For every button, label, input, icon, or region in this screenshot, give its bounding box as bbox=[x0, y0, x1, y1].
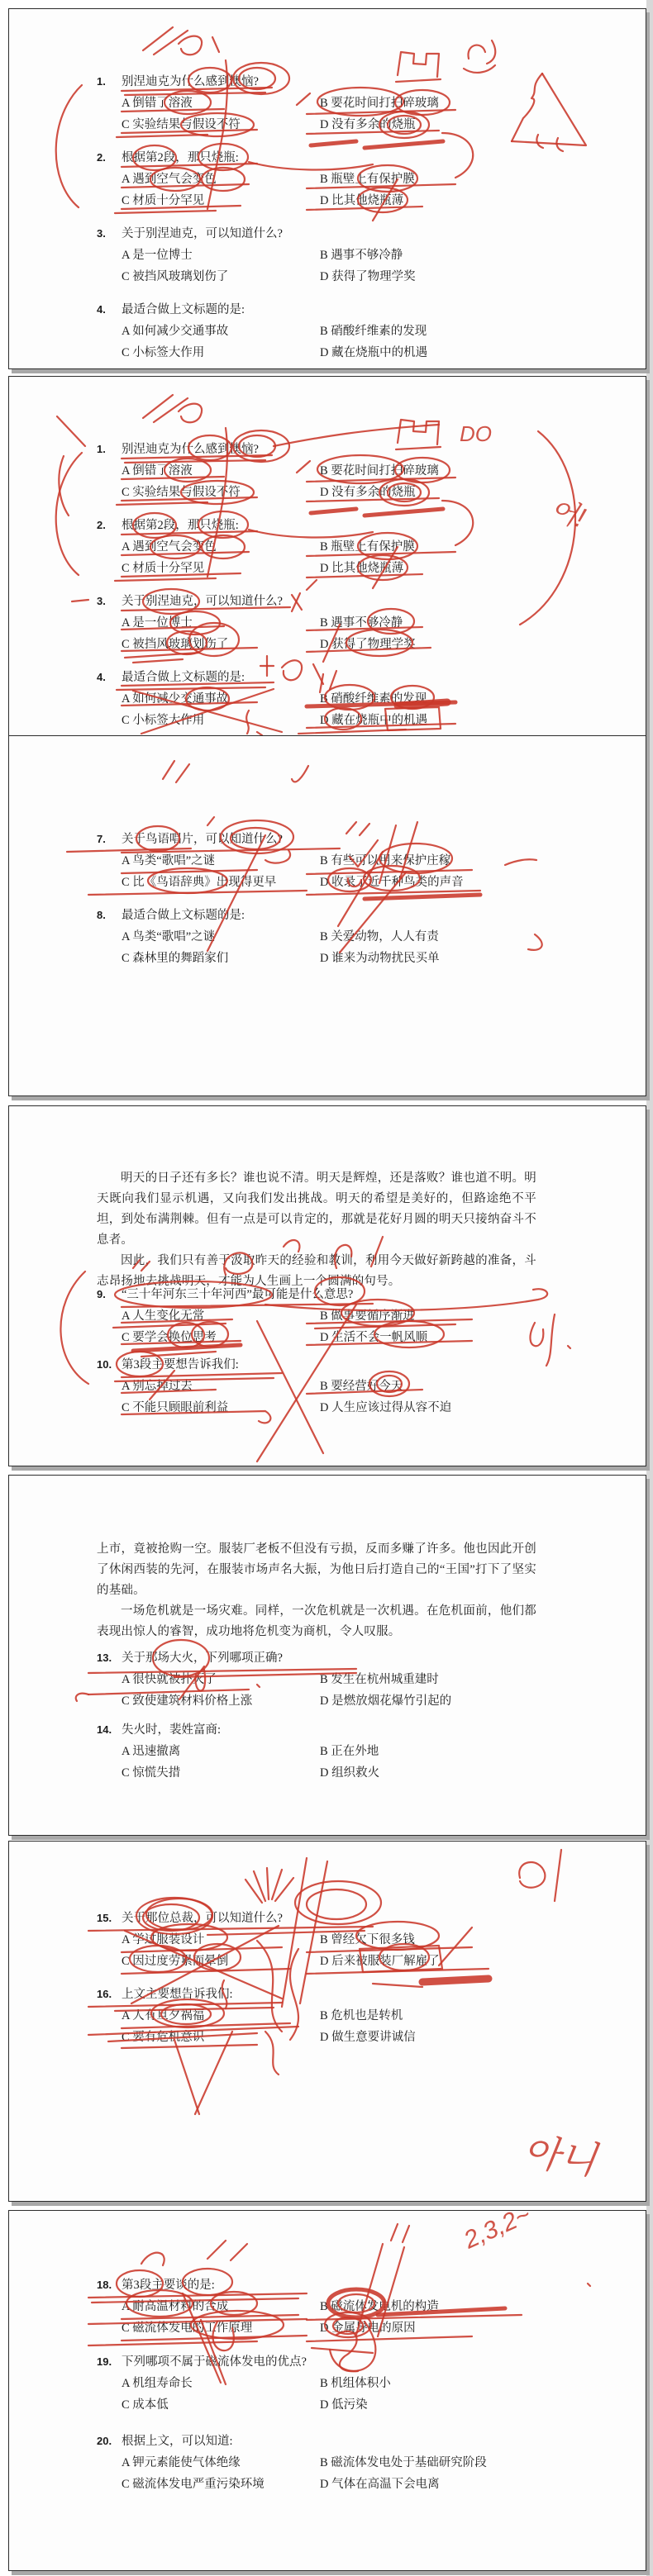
option-d: D 比其他烧瓶薄 bbox=[320, 558, 621, 579]
passage-paragraph: 上市，竟被抢购一空。服装厂老板不但没有亏损，反而多赚了许多。他也因此开创了休闲西… bbox=[97, 1539, 536, 1601]
question-13: 13.关于那场大火，下列哪项正确? A 很快就被扑灭了 B 发生在杭州城重建时 … bbox=[97, 1647, 621, 1712]
option-d: D 没有多余的烧瓶 bbox=[320, 482, 621, 503]
question-1: 1.别涅迪克为什么感到懊恼? A 倒错了溶液 B 要花时间打扫碎玻璃 C 实验结… bbox=[97, 439, 621, 503]
option-c: C 不能只顾眼前利益 bbox=[122, 1397, 320, 1419]
question-text: 最适合做上文标题的是: bbox=[122, 303, 245, 316]
screenshot-right-edge bbox=[646, 0, 653, 2576]
option-a: A 学过服装设计 bbox=[122, 1929, 320, 1951]
option-b: B 瓶壁上有保护膜 bbox=[320, 536, 621, 558]
option-c: C 实验结果与假设不符 bbox=[122, 114, 320, 135]
passage-paragraph: 一场危机就是一场灾难。同样，一次危机就是一次机遇。在危机面前，他们都表现出惊人的… bbox=[97, 1601, 536, 1642]
option-a: A 迅速撤离 bbox=[122, 1741, 320, 1762]
option-c: C 要学会换位思考 bbox=[122, 1327, 320, 1348]
option-c: C 材质十分罕见 bbox=[122, 190, 320, 211]
option-a: A 钾元素能使气体绝缘 bbox=[122, 2452, 320, 2474]
option-c: C 成本低 bbox=[122, 2394, 320, 2416]
exam-page-2: 1.别涅迪克为什么感到懊恼? A 倒错了溶液 B 要花时间打扫碎玻璃 C 实验结… bbox=[8, 376, 646, 737]
question-3: 3.关于别涅迪克，可以知道什么? A 是一位博士 B 遇事不够冷静 C 被挡风玻… bbox=[97, 223, 621, 288]
option-d: D 是燃放烟花爆竹引起的 bbox=[320, 1690, 621, 1712]
question-4: 4.最适合做上文标题的是: A 如何减少交通事故 B 硝酸纤维素的发现 C 小标… bbox=[97, 299, 621, 364]
exam-page-5: 上市，竟被抢购一空。服装厂老板不但没有亏损，反而多赚了许多。他也因此开创了休闲西… bbox=[8, 1475, 646, 1836]
question-text: 最适合做上文标题的是: bbox=[122, 909, 245, 922]
question-4: 4.最适合做上文标题的是: A 如何减少交通事故 B 硝酸纤维素的发现 C 小标… bbox=[97, 667, 621, 731]
question-number: 4. bbox=[97, 667, 122, 687]
option-c: C 小标签大作用 bbox=[122, 342, 320, 364]
question-19: 19.下列哪项不属于磁流体发电的优点? A 机组寿命长 B 机组体积小 C 成本… bbox=[97, 2351, 621, 2416]
question-1: 1.别涅迪克为什么感到懊恼? A 倒错了溶液 B 要花时间打扫碎玻璃 C 实验结… bbox=[97, 71, 621, 135]
option-c: C 材质十分罕见 bbox=[122, 558, 320, 579]
option-a: A 倒错了溶液 bbox=[122, 93, 320, 114]
question-2: 2.根据第2段，那只烧瓶: A 遇到空气会变色 B 瓶壁上有保护膜 C 材质十分… bbox=[97, 515, 621, 579]
question-text: 根据第2段，那只烧瓶: bbox=[122, 519, 239, 532]
option-b: B 硝酸纤维素的发现 bbox=[320, 688, 621, 710]
option-d: D 气体在高温下会电离 bbox=[320, 2474, 621, 2495]
option-a: A 鸟类“歌唱”之谜 bbox=[122, 850, 320, 872]
question-text: 根据上文，可以知道: bbox=[122, 2435, 233, 2448]
question-text: 关于鸟语唱片，可以知道什么? bbox=[122, 833, 283, 846]
question-text: “三十年河东三十年河西”最可能是什么意思? bbox=[122, 1288, 353, 1301]
option-c: C 实验结果与假设不符 bbox=[122, 482, 320, 503]
svg-text:2,3,2~: 2,3,2~ bbox=[460, 2211, 535, 2255]
option-c: C 森林里的舞蹈家们 bbox=[122, 948, 320, 969]
option-c: C 磁流体发电严重污染环境 bbox=[122, 2474, 320, 2495]
exam-page-6: 15.关于那位总裁，可以知道什么? A 学过服装设计 B 曾经欠下很多钱 C 因… bbox=[8, 1841, 646, 2202]
option-c: C 要有危机意识 bbox=[122, 2027, 320, 2048]
question-10: 10.第3段主要想告诉我们: A 别忘掉过去 B 要经营好今天 C 不能只顾眼前… bbox=[97, 1354, 621, 1419]
reading-passage: 上市，竟被抢购一空。服装厂老板不但没有亏损，反而多赚了许多。他也因此开创了休闲西… bbox=[97, 1539, 536, 1642]
question-number: 2. bbox=[97, 515, 122, 535]
question-text: 第3段主要想告诉我们: bbox=[122, 1358, 239, 1371]
question-text: 最适合做上文标题的是: bbox=[122, 671, 245, 684]
option-b: B 正在外地 bbox=[320, 1741, 621, 1762]
option-d: D 藏在烧瓶中的机遇 bbox=[320, 710, 621, 731]
option-d: D 金属导电的原因 bbox=[320, 2317, 621, 2339]
option-a: A 鸟类“歌唱”之谜 bbox=[122, 926, 320, 948]
question-8: 8.最适合做上文标题的是: A 鸟类“歌唱”之谜 B 关爱动物，人人有责 C 森… bbox=[97, 905, 621, 969]
reading-passage: 明天的日子还有多长？谁也说不清。明天是辉煌，还是落败？谁也道不明。明天既向我们显… bbox=[97, 1168, 536, 1292]
exam-page-7: 18.第3段主要谈的是: A 耐高温材料的合成 B 磁流体发电机的构造 C 磁流… bbox=[8, 2210, 646, 2571]
option-a: A 遇到空气会变色 bbox=[122, 169, 320, 190]
question-text: 下列哪项不属于磁流体发电的优点? bbox=[122, 2355, 307, 2369]
question-text: 关于别涅迪克，可以知道什么? bbox=[122, 227, 283, 240]
option-c: C 比《鸟语辞典》出现得更早 bbox=[122, 872, 320, 893]
question-18: 18.第3段主要谈的是: A 耐高温材料的合成 B 磁流体发电机的构造 C 磁流… bbox=[97, 2274, 621, 2339]
question-number: 19. bbox=[97, 2351, 122, 2372]
question-text: 失火时，裴姓富商: bbox=[122, 1723, 221, 1737]
question-text: 上文主要想告诉我们: bbox=[122, 1988, 233, 2001]
exam-page-4: 明天的日子还有多长？谁也说不清。明天是辉煌，还是落败？谁也道不明。明天既向我们显… bbox=[8, 1105, 646, 1466]
option-a: A 如何减少交通事故 bbox=[122, 321, 320, 342]
option-b: B 曾经欠下很多钱 bbox=[320, 1929, 621, 1951]
question-number: 13. bbox=[97, 1647, 122, 1668]
question-number: 18. bbox=[97, 2274, 122, 2295]
question-number: 15. bbox=[97, 1908, 122, 1928]
question-number: 9. bbox=[97, 1284, 122, 1305]
option-c: C 磁流体发电的工作原理 bbox=[122, 2317, 320, 2339]
question-number: 14. bbox=[97, 1719, 122, 1740]
option-b: B 磁流体发电机的构造 bbox=[320, 2296, 621, 2317]
question-number: 2. bbox=[97, 147, 122, 168]
question-text: 关于别涅迪克，可以知道什么? bbox=[122, 595, 283, 608]
option-c: C 被挡风玻璃划伤了 bbox=[122, 634, 320, 655]
option-b: B 硝酸纤维素的发现 bbox=[320, 321, 621, 342]
question-3: 3.关于别涅迪克，可以知道什么? A 是一位博士 B 遇事不够冷静 C 被挡风玻… bbox=[97, 591, 621, 655]
question-text: 别涅迪克为什么感到懊恼? bbox=[122, 443, 259, 456]
option-c: C 致使建筑材料价格上涨 bbox=[122, 1690, 320, 1712]
option-b: B 发生在杭州城重建时 bbox=[320, 1669, 621, 1690]
question-number: 1. bbox=[97, 439, 122, 459]
question-14: 14.失火时，裴姓富商: A 迅速撤离 B 正在外地 C 惊慌失措 D 组织救火 bbox=[97, 1719, 621, 1784]
question-9: 9.“三十年河东三十年河西”最可能是什么意思? A 人生变化无常 B 做事要循序… bbox=[97, 1284, 621, 1348]
option-a: A 倒错了溶液 bbox=[122, 460, 320, 482]
option-b: B 要花时间打扫碎玻璃 bbox=[320, 460, 621, 482]
option-b: B 要花时间打扫碎玻璃 bbox=[320, 93, 621, 114]
option-b: B 要经营好今天 bbox=[320, 1376, 621, 1397]
option-d: D 比其他烧瓶薄 bbox=[320, 190, 621, 211]
option-d: D 组织救火 bbox=[320, 1762, 621, 1784]
option-d: D 做生意要讲诚信 bbox=[320, 2027, 621, 2048]
question-7: 7.关于鸟语唱片，可以知道什么? A 鸟类“歌唱”之谜 B 有些可以用来保护庄稼… bbox=[97, 829, 621, 893]
option-d: D 收录了近千种鸟类的声音 bbox=[320, 872, 621, 893]
question-2: 2.根据第2段，那只烧瓶: A 遇到空气会变色 B 瓶壁上有保护膜 C 材质十分… bbox=[97, 147, 621, 211]
option-b: B 遇事不够冷静 bbox=[320, 245, 621, 266]
option-a: A 别忘掉过去 bbox=[122, 1376, 320, 1397]
option-d: D 获得了物理学奖 bbox=[320, 634, 621, 655]
question-number: 7. bbox=[97, 829, 122, 849]
question-number: 4. bbox=[97, 299, 122, 320]
option-b: B 遇事不够冷静 bbox=[320, 612, 621, 634]
question-number: 16. bbox=[97, 1984, 122, 2004]
question-16: 16.上文主要想告诉我们: A 人有旦夕祸福 B 危机也是转机 C 要有危机意识… bbox=[97, 1984, 621, 2048]
option-d: D 低污染 bbox=[320, 2394, 621, 2416]
option-a: A 是一位博士 bbox=[122, 245, 320, 266]
option-b: B 关爱动物，人人有责 bbox=[320, 926, 621, 948]
question-number: 3. bbox=[97, 591, 122, 611]
option-b: B 机组体积小 bbox=[320, 2373, 621, 2394]
option-a: A 耐高温材料的合成 bbox=[122, 2296, 320, 2317]
question-text: 第3段主要谈的是: bbox=[122, 2279, 215, 2292]
option-b: B 危机也是转机 bbox=[320, 2005, 621, 2027]
option-d: D 生活不会一帆风顺 bbox=[320, 1327, 621, 1348]
option-b: B 磁流体发电处于基础研究阶段 bbox=[320, 2452, 621, 2474]
option-b: B 瓶壁上有保护膜 bbox=[320, 169, 621, 190]
question-text: 根据第2段，那只烧瓶: bbox=[122, 151, 239, 164]
option-c: C 小标签大作用 bbox=[122, 710, 320, 731]
option-b: B 做事要循序渐进 bbox=[320, 1305, 621, 1327]
option-a: A 机组寿命长 bbox=[122, 2373, 320, 2394]
option-a: A 如何减少交通事故 bbox=[122, 688, 320, 710]
option-d: D 没有多余的烧瓶 bbox=[320, 114, 621, 135]
option-d: D 获得了物理学奖 bbox=[320, 266, 621, 288]
question-15: 15.关于那位总裁，可以知道什么? A 学过服装设计 B 曾经欠下很多钱 C 因… bbox=[97, 1908, 621, 1972]
question-text: 关于那场大火，下列哪项正确? bbox=[122, 1652, 283, 1665]
question-20: 20.根据上文，可以知道: A 钾元素能使气体绝缘 B 磁流体发电处于基础研究阶… bbox=[97, 2431, 621, 2495]
question-number: 3. bbox=[97, 223, 122, 244]
option-a: A 人生变化无常 bbox=[122, 1305, 320, 1327]
passage-paragraph: 明天的日子还有多长？谁也说不清。明天是辉煌，还是落败？谁也道不明。明天既向我们显… bbox=[97, 1168, 536, 1251]
option-d: D 藏在烧瓶中的机遇 bbox=[320, 342, 621, 364]
option-c: C 惊慌失措 bbox=[122, 1762, 320, 1784]
option-a: A 很快就被扑灭了 bbox=[122, 1669, 320, 1690]
option-d: D 谁来为动物扰民买单 bbox=[320, 948, 621, 969]
question-text: 别涅迪克为什么感到懊恼? bbox=[122, 75, 259, 88]
option-a: A 是一位博士 bbox=[122, 612, 320, 634]
exam-page-3: 7.关于鸟语唱片，可以知道什么? A 鸟类“歌唱”之谜 B 有些可以用来保护庄稼… bbox=[8, 735, 646, 1096]
question-number: 20. bbox=[97, 2431, 122, 2451]
question-number: 1. bbox=[97, 71, 122, 92]
option-b: B 有些可以用来保护庄稼 bbox=[320, 850, 621, 872]
option-c: C 被挡风玻璃划伤了 bbox=[122, 266, 320, 288]
option-a: A 人有旦夕祸福 bbox=[122, 2005, 320, 2027]
svg-text:아니: 아니 bbox=[521, 2129, 602, 2182]
option-d: D 后来被服装厂解雇了 bbox=[320, 1951, 621, 1972]
question-text: 关于那位总裁，可以知道什么? bbox=[122, 1912, 283, 1925]
option-c: C 因过度劳累而晕倒 bbox=[122, 1951, 320, 1972]
option-a: A 遇到空气会变色 bbox=[122, 536, 320, 558]
option-d: D 人生应该过得从容不迫 bbox=[320, 1397, 621, 1419]
exam-page-1: 1.别涅迪克为什么感到懊恼? A 倒错了溶液 B 要花时间打扫碎玻璃 C 实验结… bbox=[8, 8, 646, 369]
question-number: 10. bbox=[97, 1354, 122, 1375]
question-number: 8. bbox=[97, 905, 122, 925]
